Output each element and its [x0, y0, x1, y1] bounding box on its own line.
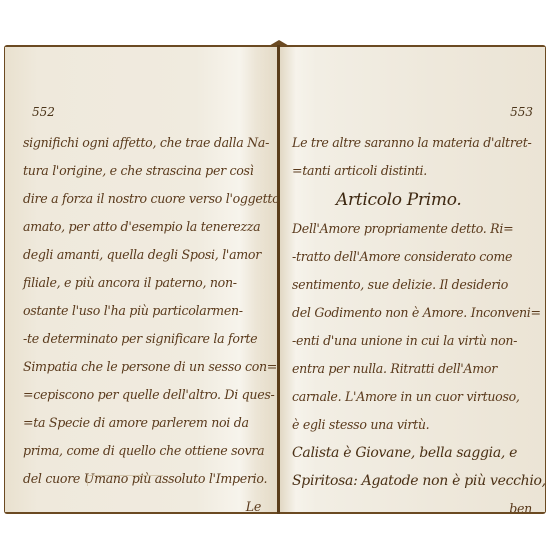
text-line: carnale. L'Amore in un cuor virtuoso,: [292, 383, 542, 411]
text-line: significhi ogni affetto, che trae dalla …: [23, 129, 271, 157]
page-number-left: 552: [32, 105, 55, 119]
text-line: dire a forza il nostro cuore verso l'ogg…: [23, 185, 271, 213]
text-line: sentimento, sue delizie. Il desiderio: [292, 271, 542, 299]
text-line: amato, per atto d'esempio la tenerezza: [23, 213, 271, 241]
text-line: Spiritosa: Agatode non è più vecchio,: [292, 467, 542, 495]
text-line: Le tre altre saranno la materia d'altret…: [292, 129, 542, 157]
catchword-right: ben: [292, 495, 542, 512]
section-heading: Articolo Primo.: [292, 185, 542, 215]
paper-stain: [87, 475, 163, 486]
text-line: =tanti articoli distinti.: [292, 157, 542, 185]
page-number-right: 553: [510, 105, 533, 119]
text-line: Simpatia che le persone di un sesso con=: [23, 353, 271, 381]
text-line: =ta Specie di amore parlerem noi da: [23, 409, 271, 437]
text-line: -enti d'una unione in cui la virtù non-: [292, 327, 542, 355]
left-page: 552 significhi ogni affetto, che trae da…: [5, 47, 278, 512]
text-line: -tratto dell'Amore considerato come: [292, 243, 542, 271]
text-line: è egli stesso una virtù.: [292, 411, 542, 439]
catchword-left: Le: [23, 493, 271, 512]
open-manuscript-book: 552 significhi ogni affetto, che trae da…: [4, 45, 546, 514]
text-line: ostante l'uso l'ha più particolarmen-: [23, 297, 271, 325]
right-page: 553 Le tre altre saranno la materia d'al…: [280, 47, 545, 512]
text-line: entra per nulla. Ritratti dell'Amor: [292, 355, 542, 383]
left-page-text: significhi ogni affetto, che trae dalla …: [23, 129, 271, 512]
text-line: =cepiscono per quelle dell'altro. Di que…: [23, 381, 271, 409]
text-line: del Godimento non è Amore. Inconveni=: [292, 299, 542, 327]
text-line: Dell'Amore propriamente detto. Ri=: [292, 215, 542, 243]
text-line: Calista è Giovane, bella saggia, e: [292, 439, 542, 467]
text-line: filiale, e più ancora il paterno, non-: [23, 269, 271, 297]
text-line: tura l'origine, e che strascina per così: [23, 157, 271, 185]
text-line: prima, come di quello che ottiene sovra: [23, 437, 271, 465]
text-line: -te determinato per significare la forte: [23, 325, 271, 353]
text-line: degli amanti, quella degli Sposi, l'amor: [23, 241, 271, 269]
right-page-text: Le tre altre saranno la materia d'altret…: [292, 129, 542, 512]
